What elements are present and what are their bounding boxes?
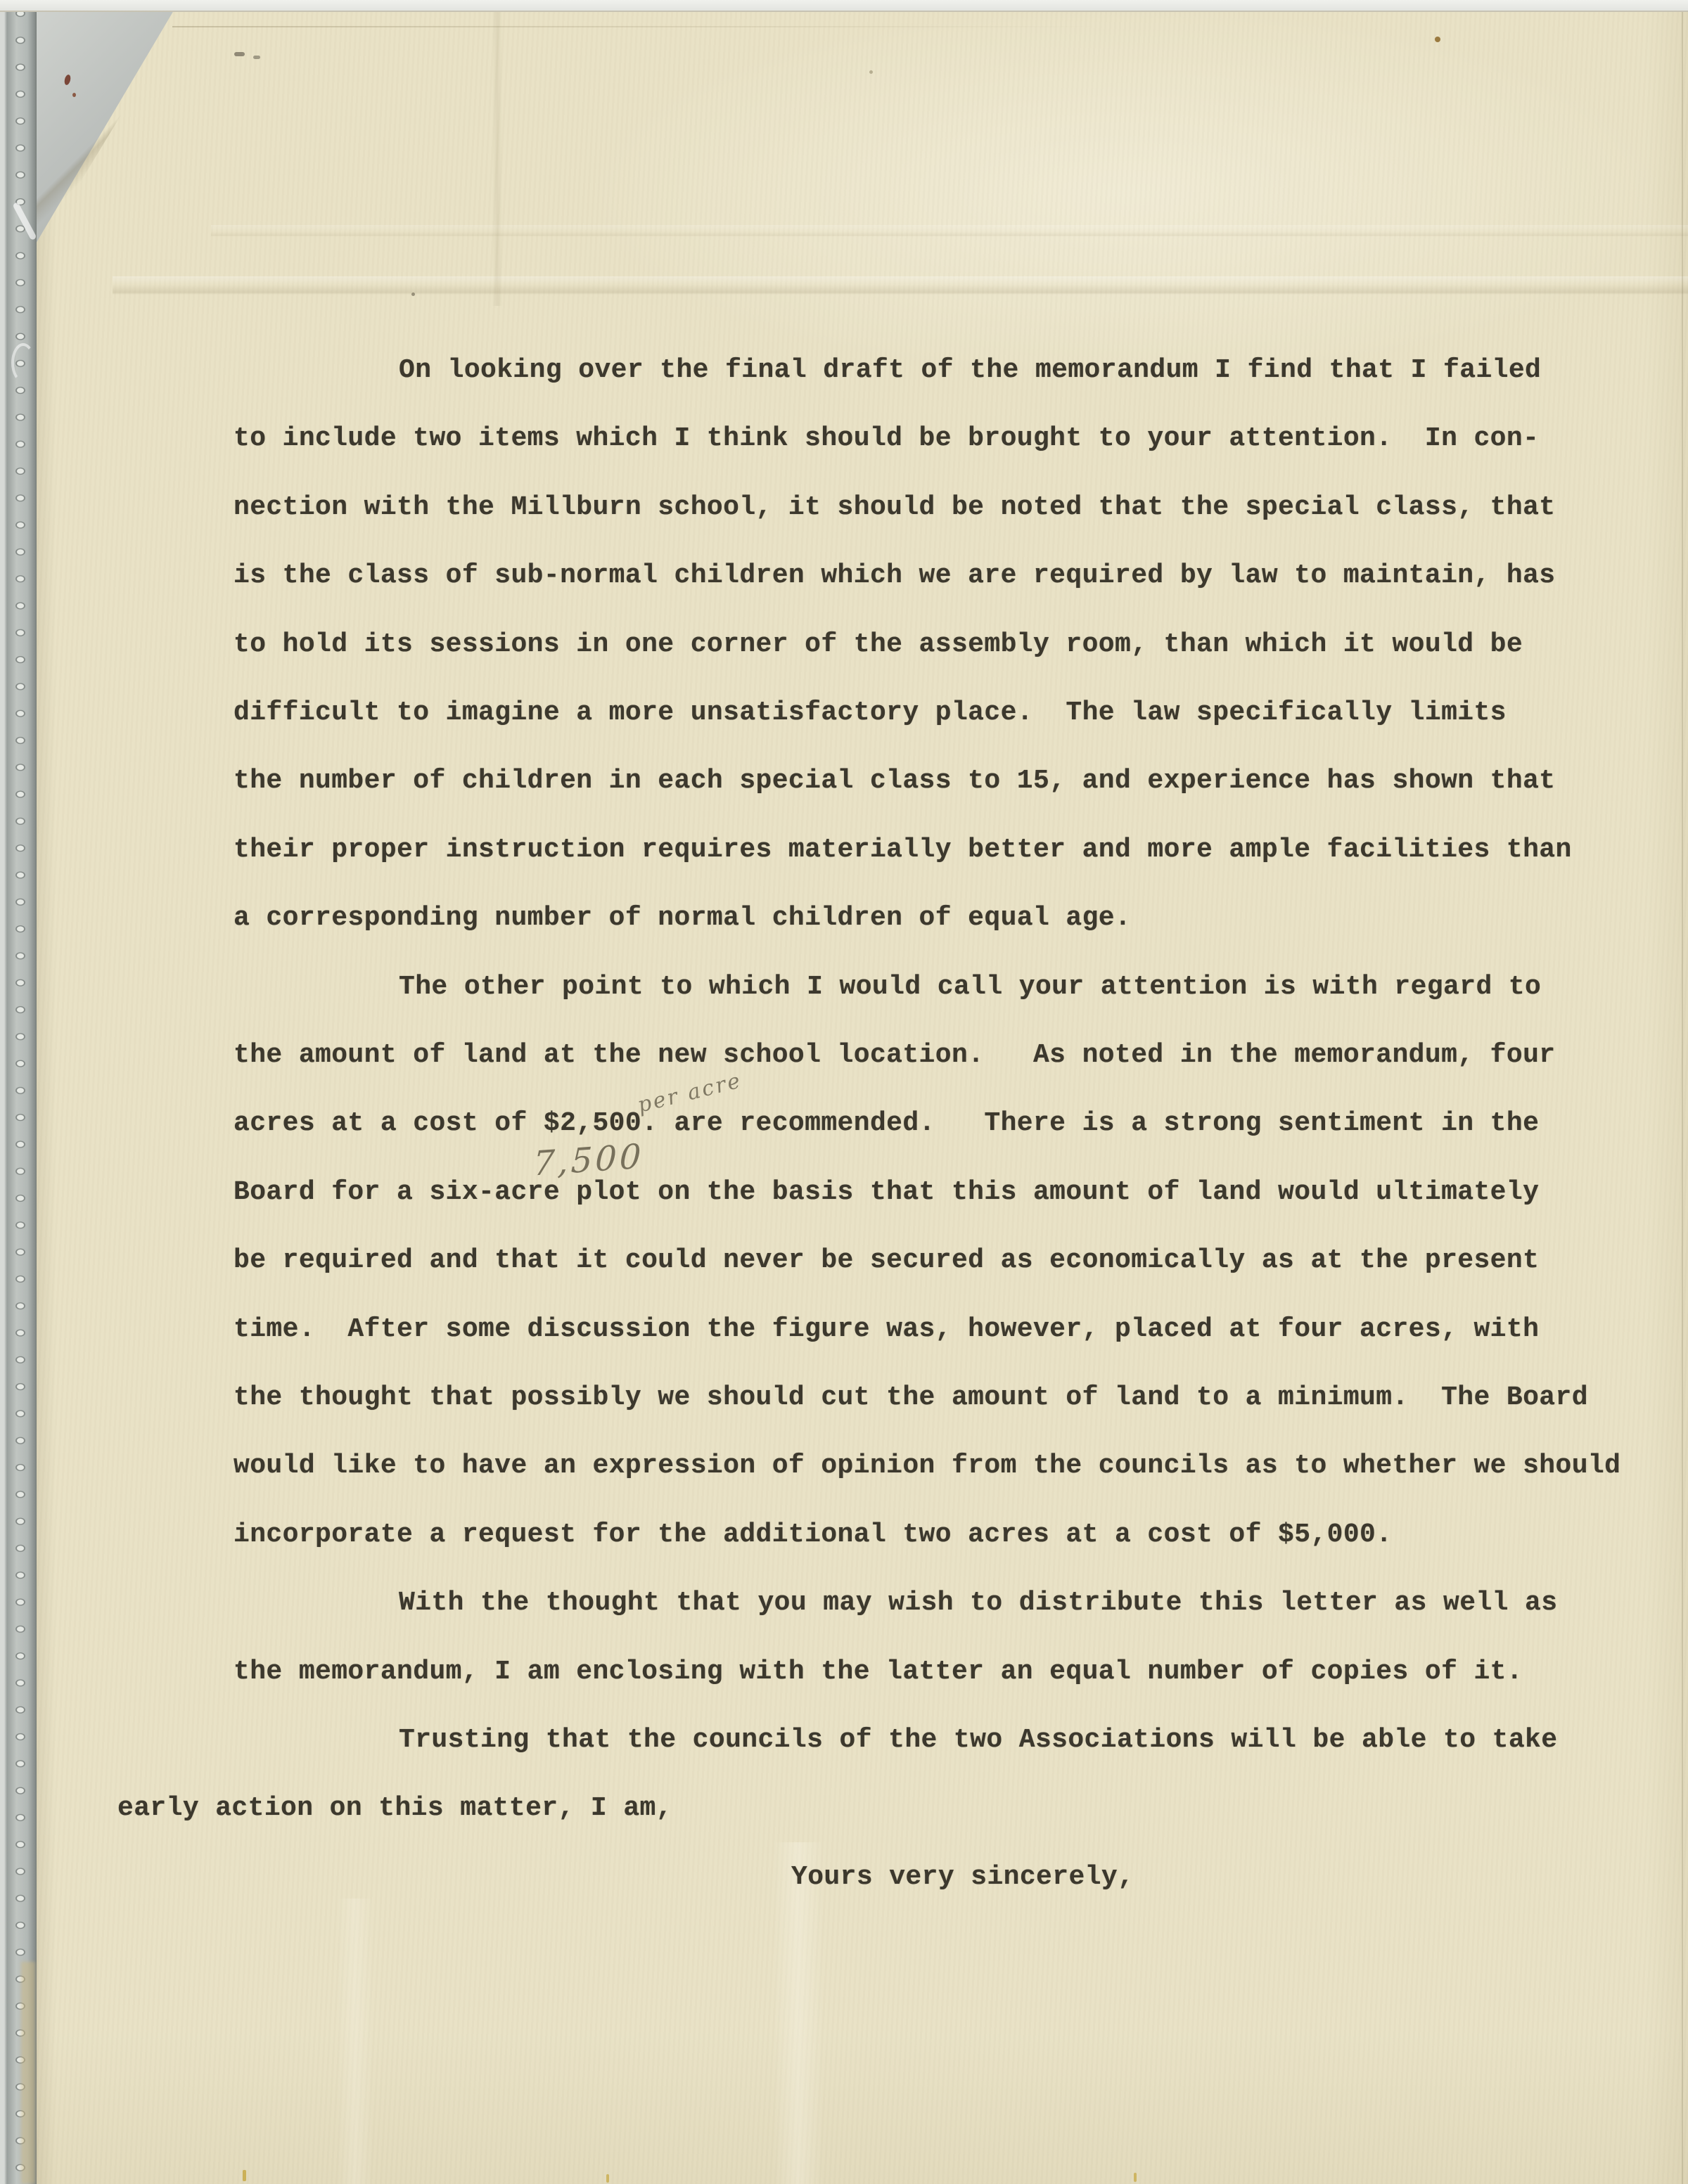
letter-line: Trusting that the councils of the two As… (234, 1727, 1557, 1754)
letter-line: would like to have an expression of opin… (234, 1453, 1620, 1479)
letter-closing: Yours very sincerely, (791, 1864, 1134, 1891)
letter-line: to hold its sessions in one corner of th… (234, 631, 1523, 658)
letter-line: be required and that it could never be s… (234, 1247, 1539, 1274)
letter-line: to include two items which I think shoul… (234, 425, 1539, 452)
binding-shadow (21, 1962, 35, 2184)
letter-line: difficult to imagine a more unsatisfacto… (234, 700, 1507, 726)
letter-line: The other point to which I would call yo… (234, 974, 1541, 1001)
letter-line: is the class of sub-normal children whic… (234, 563, 1556, 589)
letter-line: the thought that possibly we should cut … (234, 1385, 1588, 1411)
plastic-glare (11, 343, 35, 383)
letter-line: acres at a cost of $2,500. are recommend… (234, 1110, 1539, 1137)
letter-line: With the thought that you may wish to di… (234, 1590, 1557, 1617)
paper-speck (72, 93, 76, 97)
letter-line: the number of children in each special c… (234, 768, 1556, 795)
scanned-letter-page: On looking over the final draft of the m… (0, 0, 1688, 2184)
binding-strip (0, 0, 37, 2184)
letter-line: time. After some discussion the figure w… (234, 1316, 1539, 1343)
letter-line: a corresponding number of normal childre… (234, 905, 1131, 932)
letter-line: the amount of land at the new school loc… (234, 1042, 1556, 1069)
letter-line: their proper instruction requires materi… (234, 837, 1572, 863)
letter-line: Board for a six-acre plot on the basis t… (234, 1179, 1539, 1206)
sleeve-top-edge (0, 0, 1688, 12)
letter-line: On looking over the final draft of the m… (234, 357, 1541, 384)
letter-lines: On looking over the final draft of the m… (234, 0, 1688, 2184)
letter-line: early action on this matter, I am, (117, 1795, 672, 1822)
handwritten-note-price: 7,500 (532, 1136, 644, 1183)
letter-line: nection with the Millburn school, it sho… (234, 494, 1556, 521)
letter-line: incorporate a request for the additional… (234, 1522, 1392, 1548)
letter-line: the memorandum, I am enclosing with the … (234, 1659, 1523, 1685)
